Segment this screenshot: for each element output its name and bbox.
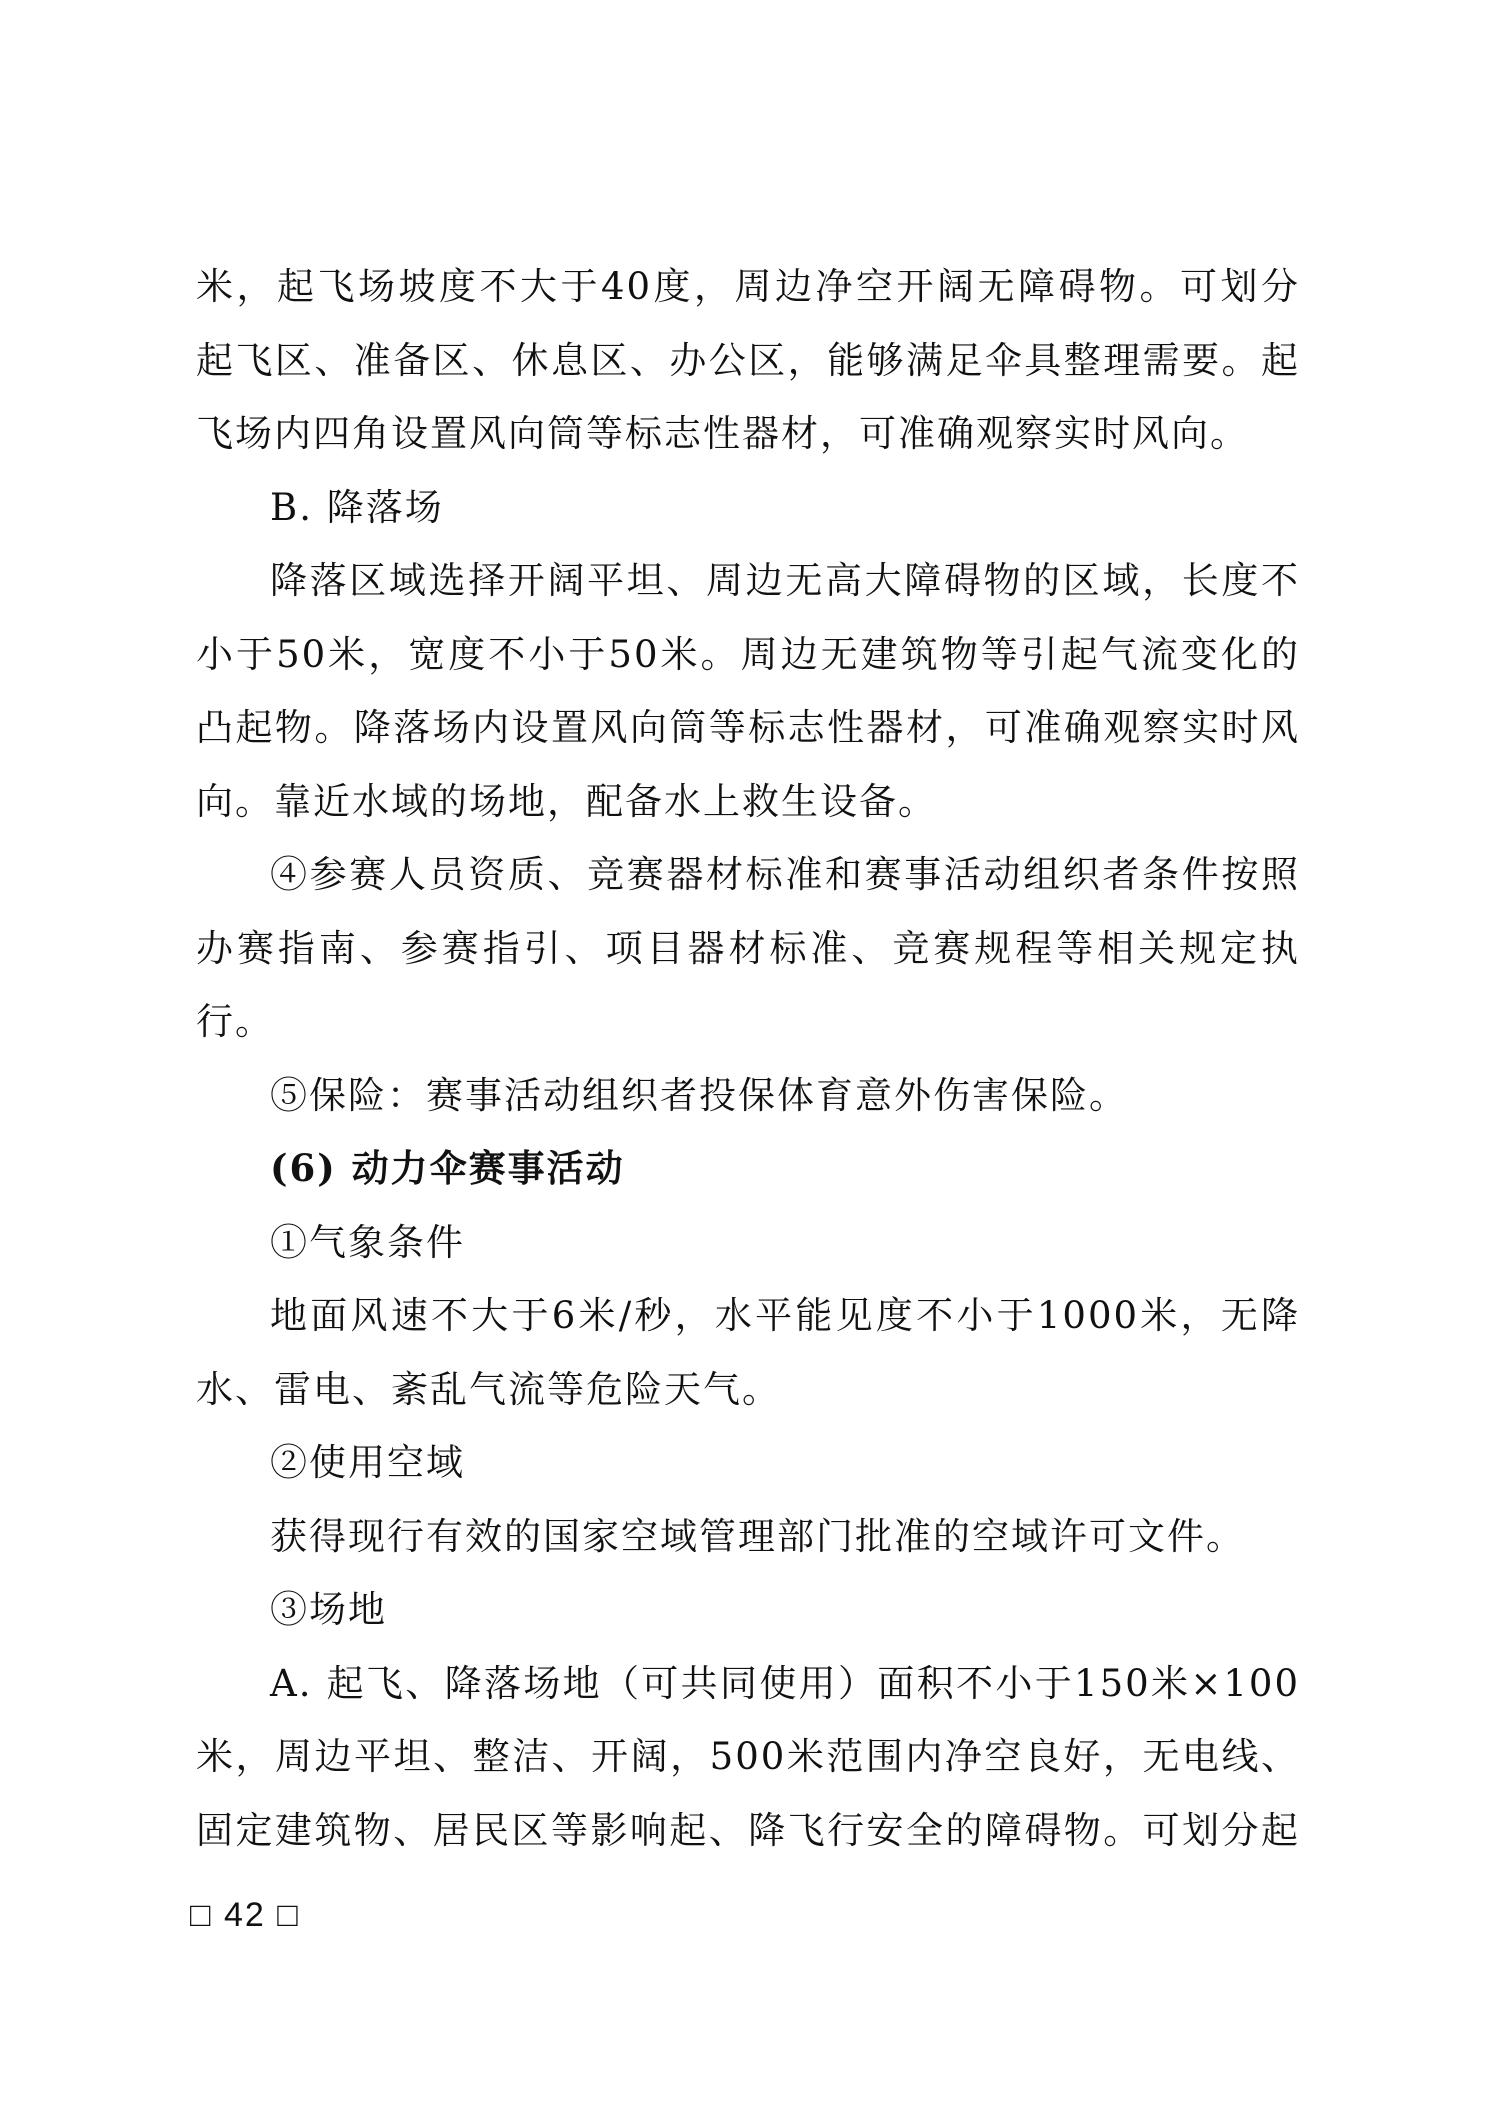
text-line: ④参赛人员资质、竞赛器材标准和赛事活动组织者条件按照 [196,838,1300,912]
text-line: ③场地 [196,1573,1300,1647]
text-line: ⑤保险：赛事活动组织者投保体育意外伤害保险。 [196,1059,1300,1133]
text-line: 办赛指南、参赛指引、项目器材标准、竞赛规程等相关规定执 [196,912,1300,986]
text-line: ②使用空域 [196,1426,1300,1500]
page-number: □ 42 □ [190,1896,300,1935]
text-line: 起飞区、准备区、休息区、办公区，能够满足伞具整理需要。起 [196,324,1300,398]
text-line: A. 起飞、降落场地（可共同使用）面积不小于150米×100 [196,1647,1300,1721]
text-line: ①气象条件 [196,1206,1300,1280]
body-text: 米，起飞场坡度不大于40度，周边净空开阔无障碍物。可划分起飞区、准备区、休息区、… [196,250,1300,1867]
document-page: 米，起飞场坡度不大于40度，周边净空开阔无障碍物。可划分起飞区、准备区、休息区、… [0,0,1487,2105]
text-line: 水、雷电、紊乱气流等危险天气。 [196,1353,1300,1427]
text-line: 凸起物。降落场内设置风向筒等标志性器材，可准确观察实时风 [196,691,1300,765]
text-line: 飞场内四角设置风向筒等标志性器材，可准确观察实时风向。 [196,397,1300,471]
text-line: 获得现行有效的国家空域管理部门批准的空域许可文件。 [196,1500,1300,1574]
text-line: 降落区域选择开阔平坦、周边无高大障碍物的区域，长度不 [196,544,1300,618]
text-line: 米，周边平坦、整洁、开阔，500米范围内净空良好，无电线、 [196,1720,1300,1794]
text-line: 固定建筑物、居民区等影响起、降飞行安全的障碍物。可划分起 [196,1794,1300,1868]
text-line: 小于50米，宽度不小于50米。周边无建筑物等引起气流变化的 [196,618,1300,692]
text-line: 向。靠近水域的场地，配备水上救生设备。 [196,765,1300,839]
text-line: 米，起飞场坡度不大于40度，周边净空开阔无障碍物。可划分 [196,250,1300,324]
text-line: B. 降落场 [196,471,1300,545]
text-line: 行。 [196,985,1300,1059]
section-heading: (6) 动力伞赛事活动 [196,1132,1300,1206]
text-line: 地面风速不大于6米/秒，水平能见度不小于1000米，无降 [196,1279,1300,1353]
